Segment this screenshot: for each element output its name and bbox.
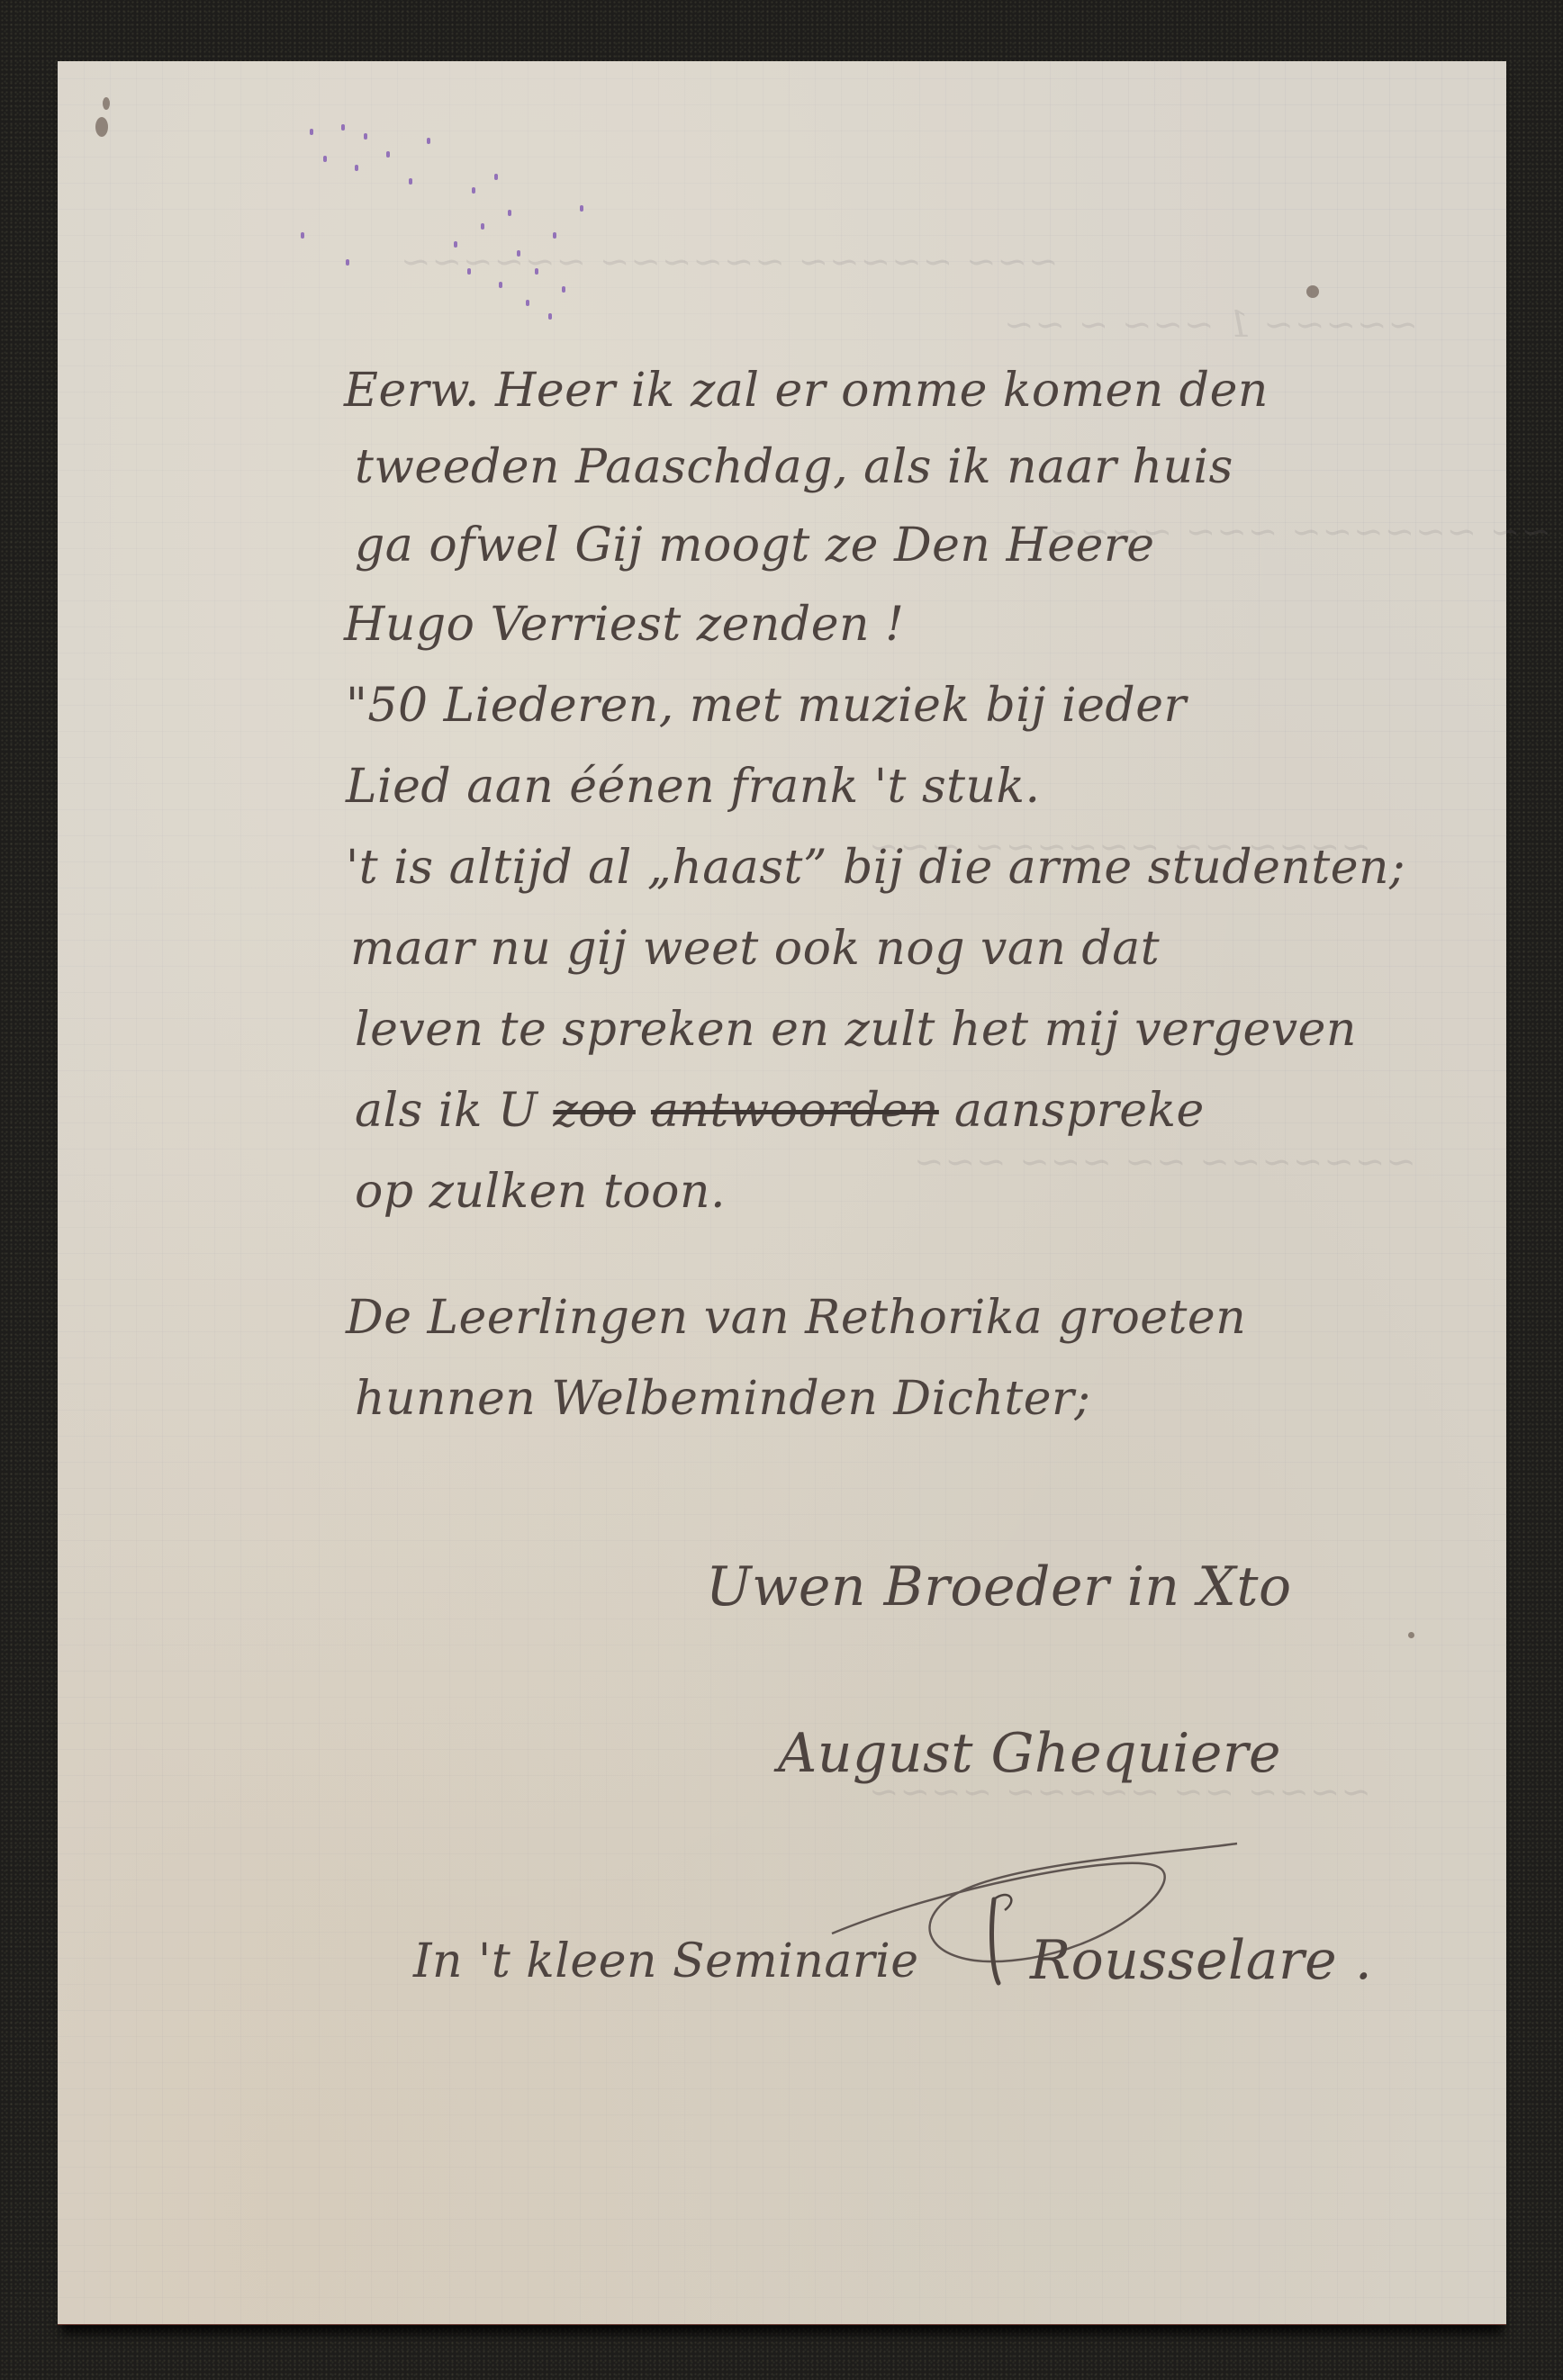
letter-line-6: Lied aan éénen frank 't stuk.: [346, 763, 1041, 810]
closing-line: Uwen Broeder in Xto: [706, 1560, 1292, 1614]
letter-line-10: als ik U zoo antwoorden aanspreke: [355, 1087, 1205, 1134]
letter-line-3: ga ofwel Gij moogt ze Den Heere: [355, 522, 1154, 569]
letter-line-12: De Leerlingen van Rethorika groeten: [346, 1294, 1246, 1341]
letter-line-11: op zulken toon.: [355, 1168, 726, 1215]
signature: August Ghequiere: [778, 1726, 1281, 1780]
ink-smudge: [103, 97, 110, 110]
address-place: In 't kleen Seminarie: [413, 1938, 919, 1985]
letter-line-9: leven te spreken en zult het mij vergeve…: [355, 1006, 1357, 1053]
ink-smudge: [1306, 285, 1319, 298]
letter-line-2: tweeden Paaschdag, als ik naar huis: [355, 444, 1233, 491]
bleed-through-text: ~~~~~ 1 ~~~ ~ ~~: [1003, 304, 1418, 346]
struck-word: zoo: [553, 1084, 636, 1138]
letter-line-13: hunnen Welbeminden Dichter;: [355, 1375, 1090, 1422]
ink-smudge: [1408, 1632, 1414, 1638]
purple-stamp-residue: [292, 124, 616, 322]
letter-line-8: maar nu gij weet ook nog van dat: [350, 925, 1160, 972]
letter-line-10-end: aanspreke: [954, 1084, 1205, 1138]
letter-sheet: ~~~ ~~~~~ ~~~~~~ ~~~~~~ ~~~~~ 1 ~~~ ~ ~~…: [58, 61, 1506, 2325]
letter-line-10-start: als ik U: [355, 1084, 538, 1138]
letter-line-7: 't is altijd al „haast” bij die arme stu…: [346, 844, 1405, 891]
letter-line-1: Eerw. Heer ik zal er omme komen den: [344, 367, 1269, 414]
struck-word: antwoorden: [651, 1084, 939, 1138]
bleed-through-text: ~~~~~~~ ~~ ~~~ ~~~: [913, 1141, 1416, 1183]
address-city: Rousselare .: [1030, 1934, 1372, 1988]
ink-smudge: [95, 117, 108, 137]
letter-line-4: Hugo Verriest zenden !: [344, 601, 904, 648]
letter-line-5: "50 Liederen, met muziek bij ieder: [346, 682, 1187, 729]
